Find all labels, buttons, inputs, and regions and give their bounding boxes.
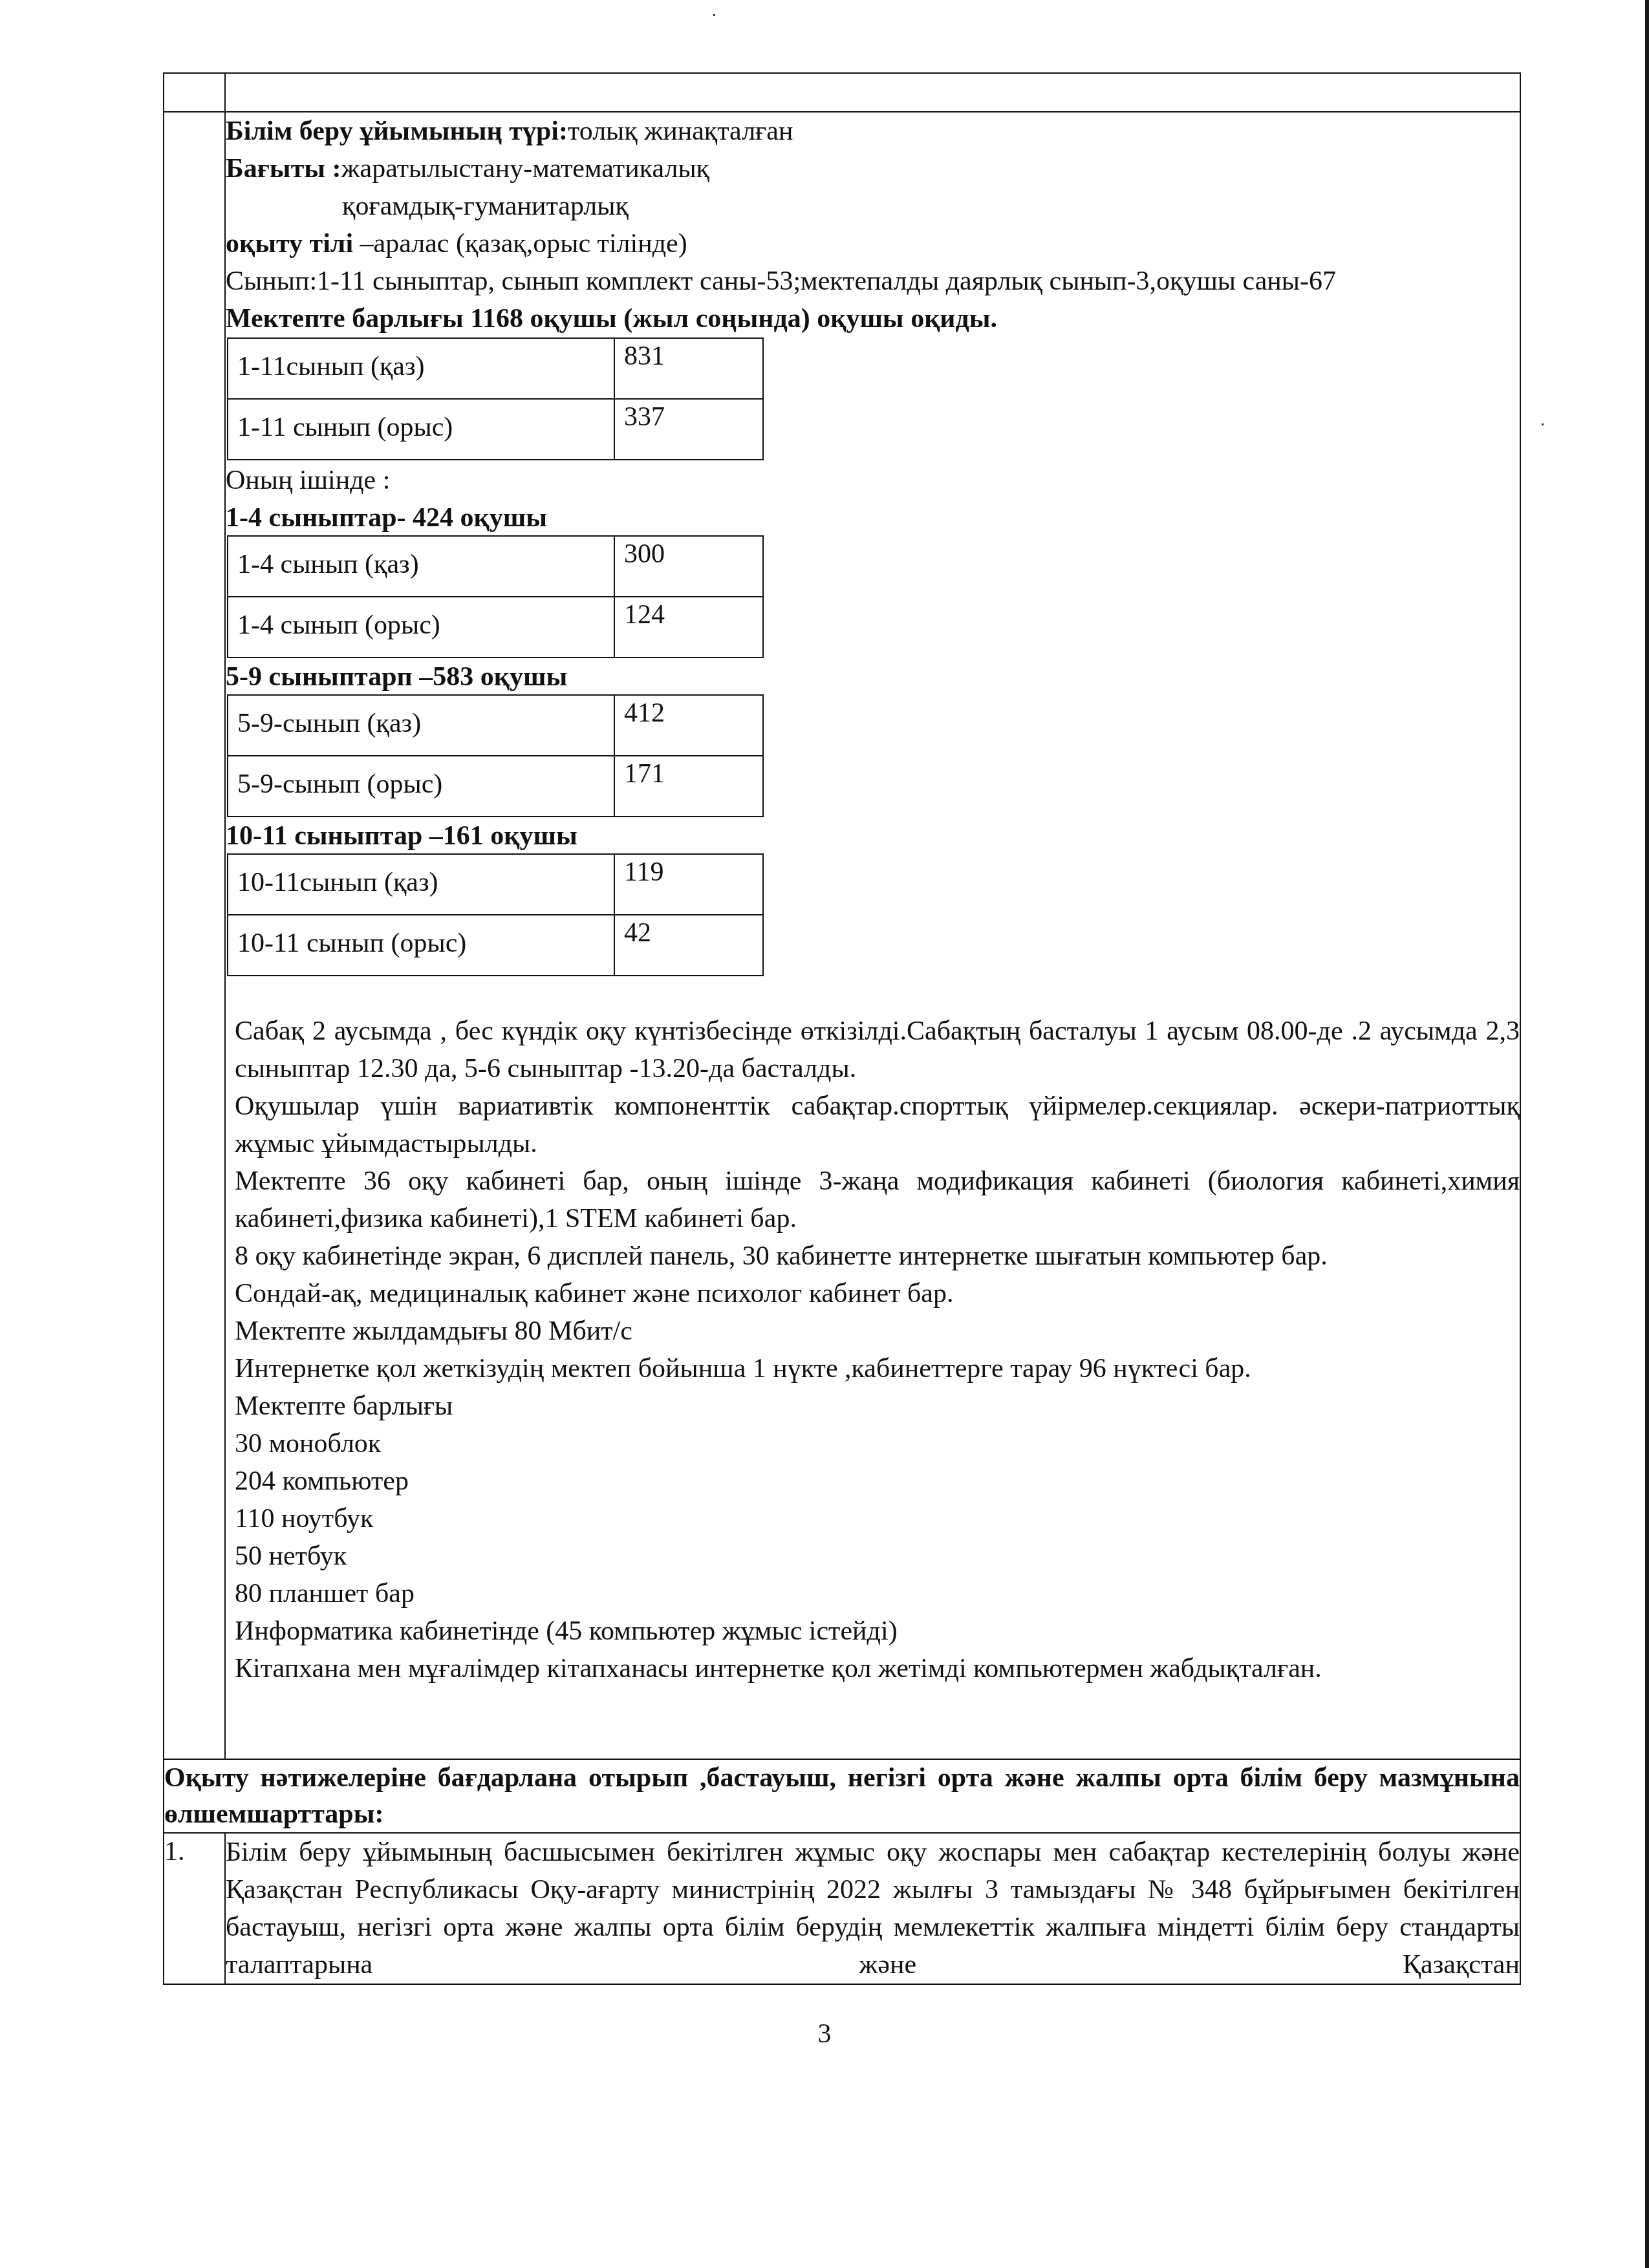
table-row: 1-11 сынып (орыс) 337 bbox=[228, 399, 763, 460]
screens-paragraph: 8 оқу кабинетінде экран, 6 дисплей панел… bbox=[235, 1237, 1520, 1275]
row-value: 412 bbox=[614, 695, 763, 756]
group-table-5-9: 5-9-сынып (қаз) 412 5-9-сынып (орыс) 171 bbox=[227, 694, 764, 817]
internet-speed-line: Мектепте жылдамдығы 80 Мбит/с bbox=[235, 1312, 1520, 1350]
informatics-line: Информатика кабинетінде (45 компьютер жұ… bbox=[235, 1612, 1520, 1650]
group-table-10-11: 10-11сынып (қаз) 119 10-11 сынып (орыс) … bbox=[227, 853, 764, 976]
scan-speck bbox=[713, 14, 715, 16]
cell-empty bbox=[225, 73, 1520, 112]
document-table: Білім беру ұйымының түрі:толық жинақталғ… bbox=[163, 72, 1521, 1985]
table-row-criteria-item: 1. Білім беру ұйымының басшысымен бекіті… bbox=[164, 1833, 1520, 1984]
table-row-school-info: Білім беру ұйымының түрі:толық жинақталғ… bbox=[164, 112, 1520, 1759]
row-value: 42 bbox=[614, 915, 763, 976]
internet-access-line: Интернетке қол жеткізудің мектеп бойынша… bbox=[235, 1350, 1520, 1387]
language-line: оқыту тілі –аралас (қазақ,орыс тілінде) bbox=[226, 225, 1520, 262]
row-value: 337 bbox=[614, 399, 763, 460]
org-type-label: Білім беру ұйымының түрі: bbox=[226, 116, 568, 146]
cell-empty bbox=[164, 73, 225, 112]
cell-number-empty bbox=[164, 112, 225, 1759]
table-row-empty-top bbox=[164, 73, 1520, 112]
row-value: 171 bbox=[614, 756, 763, 817]
group-heading-10-11: 10-11 сыныптар –161 оқушы bbox=[226, 818, 1520, 853]
row-label: 1-4 сынып (орыс) bbox=[228, 597, 614, 658]
classes-text: Сынып:1-11 сыныптар, сынып комплект саны… bbox=[226, 262, 1520, 300]
page-number: 3 bbox=[0, 2018, 1649, 2049]
language-label: оқыту тілі bbox=[226, 229, 353, 259]
row-label: 5-9-сынып (қаз) bbox=[228, 695, 614, 756]
scan-edge bbox=[1645, 0, 1649, 2268]
table-row: 5-9-сынып (қаз) 412 bbox=[228, 695, 763, 756]
equipment-item: 110 ноутбук bbox=[235, 1500, 1520, 1537]
table-row: 1-4 сынып (орыс) 124 bbox=[228, 597, 763, 658]
row-value: 300 bbox=[614, 536, 763, 597]
org-type-line: Білім беру ұйымының түрі:толық жинақталғ… bbox=[226, 112, 1520, 150]
schedule-paragraph: Сабақ 2 аусымда , бес күндік оқу күнтізб… bbox=[235, 1012, 1520, 1087]
activities-paragraph: Оқушылар үшін вариативтік компоненттік с… bbox=[235, 1087, 1520, 1162]
table-row: 1-4 сынып (қаз) 300 bbox=[228, 536, 763, 597]
equipment-total-label: Мектепте барлығы bbox=[235, 1387, 1520, 1425]
row-label: 1-11 сынып (орыс) bbox=[228, 399, 614, 460]
totals-table: 1-11сынып (қаз) 831 1-11 сынып (орыс) 33… bbox=[227, 337, 764, 460]
row-value: 124 bbox=[614, 597, 763, 658]
table-row-criteria-heading: Оқыту нәтижелеріне бағдарлана отырып ,ба… bbox=[164, 1759, 1520, 1833]
group-table-1-4: 1-4 сынып (қаз) 300 1-4 сынып (орыс) 124 bbox=[227, 535, 764, 658]
medical-paragraph: Сондай-ақ, медициналық кабинет және псих… bbox=[235, 1275, 1520, 1312]
criteria-item-number: 1. bbox=[164, 1833, 225, 1984]
table-row: 10-11сынып (қаз) 119 bbox=[228, 854, 763, 915]
org-type-value: толық жинақталған bbox=[568, 116, 793, 146]
spacer bbox=[226, 1687, 1520, 1759]
table-row: 5-9-сынып (орыс) 171 bbox=[228, 756, 763, 817]
table-row: 10-11 сынып (орыс) 42 bbox=[228, 915, 763, 976]
language-value: –аралас (қазақ,орыс тілінде) bbox=[353, 229, 687, 259]
direction-value-1: жаратылыстану-математикалық bbox=[341, 154, 709, 184]
row-label: 1-11сынып (қаз) bbox=[228, 338, 614, 399]
including-label: Оның ішінде : bbox=[226, 462, 1520, 499]
equipment-item: 204 компьютер bbox=[235, 1462, 1520, 1500]
equipment-item: 50 нетбук bbox=[235, 1537, 1520, 1575]
table-row: 1-11сынып (қаз) 831 bbox=[228, 338, 763, 399]
direction-label: Бағыты : bbox=[226, 154, 341, 184]
spacer bbox=[226, 978, 1520, 1012]
direction-line: Бағыты :жаратылыстану-математикалық bbox=[226, 150, 1520, 187]
equipment-item: 30 моноблок bbox=[235, 1425, 1520, 1462]
equipment-item: 80 планшет бар bbox=[235, 1575, 1520, 1612]
cabinets-paragraph: Мектепте 36 оқу кабинеті бар, оның ішінд… bbox=[235, 1162, 1520, 1237]
criteria-item-text: Білім беру ұйымының басшысымен бекітілге… bbox=[225, 1833, 1520, 1984]
total-students-heading: Мектепте барлығы 1168 оқушы (жыл соңында… bbox=[226, 300, 1520, 337]
scan-speck bbox=[1542, 423, 1544, 425]
school-info-cell: Білім беру ұйымының түрі:толық жинақталғ… bbox=[225, 112, 1520, 1759]
facilities-paragraphs: Сабақ 2 аусымда , бес күндік оқу күнтізб… bbox=[226, 1012, 1520, 1687]
group-heading-5-9: 5-9 сыныптарп –583 оқушы bbox=[226, 659, 1520, 694]
row-value: 119 bbox=[614, 854, 763, 915]
criteria-heading: Оқыту нәтижелеріне бағдарлана отырып ,ба… bbox=[164, 1759, 1520, 1833]
group-heading-1-4: 1-4 сыныптар- 424 оқушы bbox=[226, 500, 1520, 535]
row-label: 1-4 сынып (қаз) bbox=[228, 536, 614, 597]
row-label: 10-11 сынып (орыс) bbox=[228, 915, 614, 976]
row-label: 5-9-сынып (орыс) bbox=[228, 756, 614, 817]
row-value: 831 bbox=[614, 338, 763, 399]
library-paragraph: Кітапхана мен мұғалімдер кітапханасы инт… bbox=[235, 1650, 1520, 1687]
row-label: 10-11сынып (қаз) bbox=[228, 854, 614, 915]
direction-value-2: қоғамдық-гуманитарлық bbox=[226, 187, 1520, 225]
